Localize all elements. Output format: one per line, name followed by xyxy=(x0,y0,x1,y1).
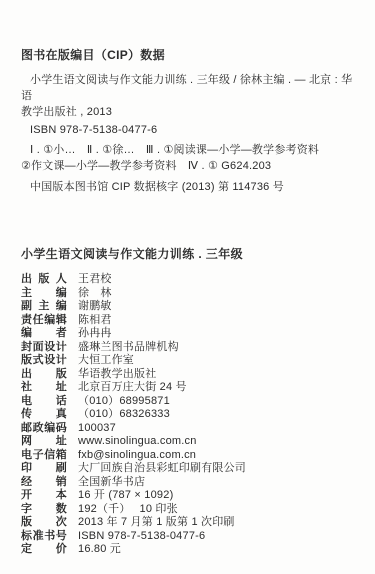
cip-classification: Ⅰ . ①小… Ⅱ . ①徐… Ⅲ . ①阅读课—小学—教学参考资料 ②作文课—… xyxy=(21,143,357,174)
colophon-value: 全国新华书店 xyxy=(78,476,145,490)
classification-line: ②作文课—小学—教学参考资料 Ⅳ . ① G624.203 xyxy=(21,159,357,175)
colophon-label: 出 版 人 xyxy=(21,273,67,287)
isbn-line: ISBN 978-7-5138-0477-6 xyxy=(21,122,357,138)
colophon-row: 社 址 北京百万庄大街 24 号 xyxy=(21,381,357,395)
colophon-value: 16.80 元 xyxy=(78,543,121,557)
colophon-row: 字 数 192（千） 10 印张 xyxy=(21,503,357,517)
colophon-value: ISBN 978-7-5138-0477-6 xyxy=(78,530,205,544)
cip-bibliographic-entry: 小学生语文阅读与作文能力训练 . 三年级 / 徐林主编 . — 北京 : 华语 … xyxy=(21,72,357,138)
colophon-label: 电子信箱 xyxy=(21,449,67,463)
colophon-row: 开 本 16 开 (787 × 1092) xyxy=(21,489,357,503)
colophon-label: 开 本 xyxy=(21,489,67,503)
colophon-value: fxb@sinolingua.com.cn xyxy=(78,449,196,463)
colophon-value: 16 开 (787 × 1092) xyxy=(78,489,173,503)
colophon-row: 编 者 孙冉冉 xyxy=(21,327,357,341)
colophon-label: 社 址 xyxy=(21,381,67,395)
colophon-row: 出 版 人 王君校 xyxy=(21,273,357,287)
colophon-list: 出 版 人 王君校 主 编 徐 林 副 主 编 谢鹏敏 责任编辑 陈相君 编 者… xyxy=(21,273,357,557)
colophon-row: 邮政编码 100037 xyxy=(21,422,357,436)
colophon-value: www.sinolingua.com.cn xyxy=(78,435,197,449)
colophon-value: 2013 年 7 月第 1 版第 1 次印刷 xyxy=(78,516,235,530)
colophon-label: 电 话 xyxy=(21,395,67,409)
colophon-value: 100037 xyxy=(78,422,116,436)
colophon-row: 主 编 徐 林 xyxy=(21,287,357,301)
colophon-label: 网 址 xyxy=(21,435,67,449)
colophon-label: 责任编辑 xyxy=(21,314,67,328)
biblio-line: 小学生语文阅读与作文能力训练 . 三年级 / 徐林主编 . — 北京 : 华语 xyxy=(21,72,357,104)
colophon-value: 谢鹏敏 xyxy=(78,300,112,314)
colophon-row: 封面设计 盛琳兰图书品牌机构 xyxy=(21,341,357,355)
colophon-row: 经 销 全国新华书店 xyxy=(21,476,357,490)
colophon-label: 字 数 xyxy=(21,503,67,517)
colophon-value: 华语教学出版社 xyxy=(78,368,156,382)
colophon-label: 传 真 xyxy=(21,408,67,422)
colophon-row: 出 版 华语教学出版社 xyxy=(21,368,357,382)
cip-header: 图书在版编目（CIP）数据 xyxy=(21,49,357,62)
colophon-row: 标准书号 ISBN 978-7-5138-0477-6 xyxy=(21,530,357,544)
colophon-label: 版式设计 xyxy=(21,354,67,368)
biblio-line: 教学出版社 , 2013 xyxy=(21,104,357,120)
colophon-value: 陈相君 xyxy=(78,314,112,328)
colophon-label: 标准书号 xyxy=(21,530,67,544)
colophon-value: 大厂回族自治县彩虹印刷有限公司 xyxy=(78,462,246,476)
colophon-row: 责任编辑 陈相君 xyxy=(21,314,357,328)
classification-line: Ⅰ . ①小… Ⅱ . ①徐… Ⅲ . ①阅读课—小学—教学参考资料 xyxy=(21,143,357,159)
colophon-label: 定 价 xyxy=(21,543,67,557)
colophon-value: 徐 林 xyxy=(78,287,112,301)
colophon-label: 副 主 编 xyxy=(21,300,67,314)
colophon-row: 定 价 16.80 元 xyxy=(21,543,357,557)
colophon-row: 网 址 www.sinolingua.com.cn xyxy=(21,435,357,449)
colophon-row: 版 次 2013 年 7 月第 1 版第 1 次印刷 xyxy=(21,516,357,530)
colophon-value: 大恒工作室 xyxy=(78,354,134,368)
colophon-value: 北京百万庄大街 24 号 xyxy=(78,381,187,395)
colophon-value: （010）68995871 xyxy=(78,395,170,409)
colophon-row: 版式设计 大恒工作室 xyxy=(21,354,357,368)
colophon-label: 出 版 xyxy=(21,368,67,382)
colophon-label: 印 刷 xyxy=(21,462,67,476)
colophon-label: 邮政编码 xyxy=(21,422,67,436)
colophon-row: 传 真 （010）68326333 xyxy=(21,408,357,422)
colophon-label: 版 次 xyxy=(21,516,67,530)
colophon-value: 盛琳兰图书品牌机构 xyxy=(78,341,179,355)
colophon-label: 主 编 xyxy=(21,287,67,301)
book-title: 小学生语文阅读与作文能力训练 . 三年级 xyxy=(21,247,357,261)
colophon-label: 编 者 xyxy=(21,327,67,341)
colophon-value: 王君校 xyxy=(78,273,112,287)
colophon-value: 孙冉冉 xyxy=(78,327,112,341)
colophon-label: 封面设计 xyxy=(21,341,67,355)
colophon-value: 192（千） 10 印张 xyxy=(78,503,178,517)
cip-record-number: 中国版本图书馆 CIP 数据核字 (2013) 第 114736 号 xyxy=(21,179,357,195)
colophon-row: 电 话 （010）68995871 xyxy=(21,395,357,409)
colophon-row: 电子信箱 fxb@sinolingua.com.cn xyxy=(21,449,357,463)
colophon-row: 印 刷 大厂回族自治县彩虹印刷有限公司 xyxy=(21,462,357,476)
colophon-value: （010）68326333 xyxy=(78,408,170,422)
colophon-row: 副 主 编 谢鹏敏 xyxy=(21,300,357,314)
colophon-label: 经 销 xyxy=(21,476,67,490)
copyright-page: 图书在版编目（CIP）数据 小学生语文阅读与作文能力训练 . 三年级 / 徐林主… xyxy=(0,0,375,574)
